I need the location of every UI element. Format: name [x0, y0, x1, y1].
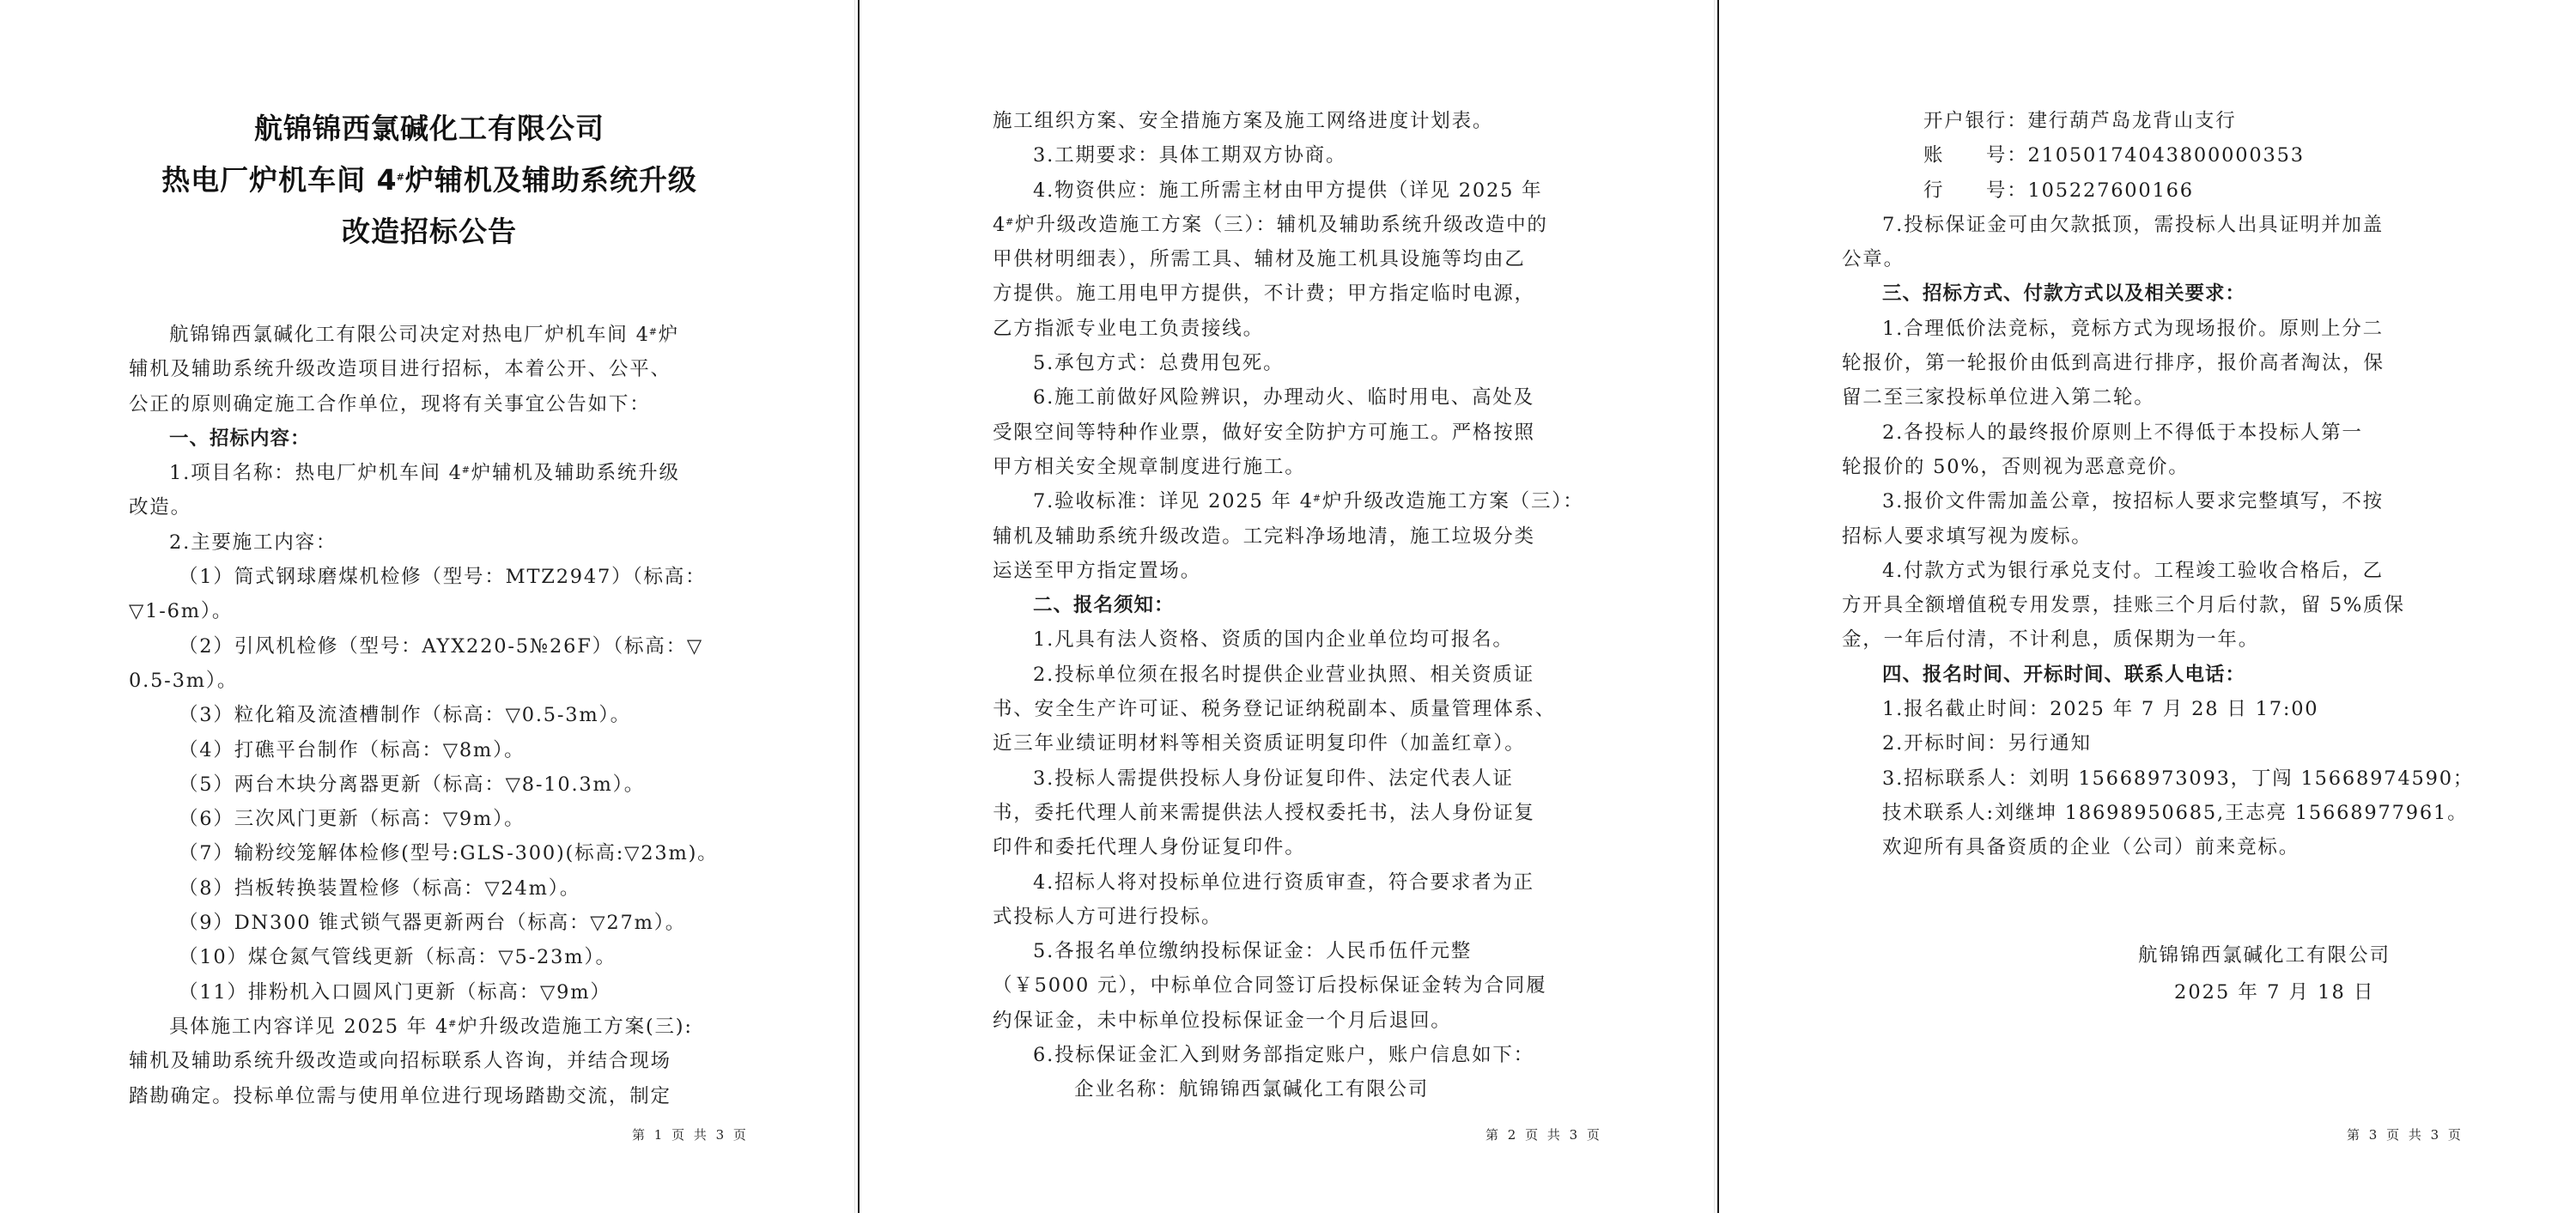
text-line: 辅机及辅助系统升级改造或向招标联系人咨询，并结合现场: [129, 1044, 730, 1078]
text-line: 航锦锦西氯碱化工有限公司决定对热电厂炉机车间 4#炉: [129, 318, 730, 352]
signature-company: 航锦锦西氯碱化工有限公司: [2138, 940, 2391, 967]
text-line: 轮报价，第一轮报价由低到高进行排序，报价高者淘汰，保: [1842, 346, 2460, 380]
text-line: （9）DN300 锥式锁气器更新两台（标高：▽27m）。: [129, 906, 730, 940]
page-1: 航锦锦西氯碱化工有限公司 热电厂炉机车间 4#炉辅机及辅助系统升级 改造招标公告…: [0, 0, 858, 1213]
text-line: 甲方相关安全规章制度进行施工。: [993, 450, 1615, 484]
text-line: 3.报价文件需加盖公章，按招标人要求完整填写，不按: [1842, 484, 2460, 519]
text-line: （4）打礁平台制作（标高：▽8m）。: [129, 733, 730, 767]
text-line: （5）两台木块分离器更新（标高：▽8-10.3m）。: [129, 767, 730, 802]
text-line: 5.各报名单位缴纳投标保证金：人民币伍仟元整: [993, 934, 1615, 968]
text-line: 3.招标联系人：刘明 15668973093，丁闯 15668974590；: [1842, 761, 2460, 796]
text-line: 5.承包方式：总费用包死。: [993, 346, 1615, 380]
text-line: 企业名称：航锦锦西氯碱化工有限公司: [993, 1072, 1615, 1107]
text-line: 辅机及辅助系统升级改造。工完料净场地清，施工垃圾分类: [993, 519, 1615, 554]
text-line: （8）挡板转换装置检修（标高：▽24m）。: [129, 871, 730, 906]
text-line: 踏勘确定。投标单位需与使用单位进行现场踏勘交流，制定: [129, 1079, 730, 1113]
text-line: 4#炉升级改造施工方案（三）：辅机及辅助系统升级改造中的: [993, 208, 1615, 242]
page-1-content: 航锦锦西氯碱化工有限公司 热电厂炉机车间 4#炉辅机及辅助系统升级 改造招标公告…: [129, 103, 730, 1113]
text-line: （11）排粉机入口圆风门更新（标高：▽9m）: [129, 975, 730, 1010]
section-heading: 二、报名须知：: [993, 588, 1615, 622]
text-line: 受限空间等特种作业票，做好安全防护方可施工。严格按照: [993, 415, 1615, 450]
title-company: 航锦锦西氯碱化工有限公司: [129, 103, 730, 155]
text-line: （7）输粉绞笼解体检修(型号:GLS-300)(标高:▽23m)。: [129, 836, 730, 870]
page-3-content: 开户银行：建行葫芦岛龙背山支行账 号：21050174043800000353行…: [1842, 104, 2460, 865]
text-line: （3）粒化箱及流渣槽制作（标高：▽0.5-3m）。: [129, 698, 730, 732]
text-line: （￥5000 元），中标单位合同签订后投标保证金转为合同履: [993, 968, 1615, 1003]
text-line: 技术联系人:刘继坤 18698950685,王志亮 15668977961。: [1842, 796, 2460, 830]
text-line: 甲供材明细表），所需工具、辅材及施工机具设施等均由乙: [993, 242, 1615, 276]
text-line: 金，一年后付清，不计利息，质保期为一年。: [1842, 622, 2460, 657]
text-line: 辅机及辅助系统升级改造项目进行招标，本着公开、公平、: [129, 352, 730, 386]
text-line: 留二至三家投标单位进入第二轮。: [1842, 380, 2460, 415]
section-heading: 四、报名时间、开标时间、联系人电话：: [1842, 658, 2460, 692]
page-number-footer: 第 3 页 共 3 页: [2347, 1125, 2464, 1143]
section-heading: 三、招标方式、付款方式以及相关要求：: [1842, 276, 2460, 311]
page-3: 开户银行：建行葫芦岛龙背山支行账 号：21050174043800000353行…: [1719, 0, 2576, 1213]
text-line: 7.投标保证金可由欠款抵顶，需投标人出具证明并加盖: [1842, 208, 2460, 242]
document-title: 航锦锦西氯碱化工有限公司 热电厂炉机车间 4#炉辅机及辅助系统升级 改造招标公告: [129, 103, 730, 258]
page-1-body: 航锦锦西氯碱化工有限公司决定对热电厂炉机车间 4#炉辅机及辅助系统升级改造项目进…: [129, 318, 730, 1113]
signature-date: 2025 年 7 月 18 日: [2174, 977, 2374, 1004]
text-line: 施工组织方案、安全措施方案及施工网络进度计划表。: [993, 104, 1615, 138]
text-line: 1.凡具有法人资格、资质的国内企业单位均可报名。: [993, 622, 1615, 657]
text-line: 轮报价的 50%，否则视为恶意竞价。: [1842, 450, 2460, 484]
page-2: 施工组织方案、安全措施方案及施工网络进度计划表。3.工期要求：具体工期双方协商。…: [860, 0, 1717, 1213]
text-line: 6.施工前做好风险辨识，办理动火、临时用电、高处及: [993, 380, 1615, 415]
section-heading: 一、招标内容：: [129, 422, 730, 456]
text-line: 招标人要求填写视为废标。: [1842, 519, 2460, 554]
text-line: 3.工期要求：具体工期双方协商。: [993, 138, 1615, 173]
text-line: 4.物资供应：施工所需主材由甲方提供（详见 2025 年: [993, 173, 1615, 208]
text-line: 式投标人方可进行投标。: [993, 900, 1615, 934]
text-line: 书，委托代理人前来需提供法人授权委托书，法人身份证复: [993, 796, 1615, 830]
text-line: 方开具全额增值税专用发票，挂账三个月后付款，留 5%质保: [1842, 588, 2460, 622]
text-line: 行 号：105227600166: [1842, 173, 2460, 208]
text-line: 7.验收标准：详见 2025 年 4#炉升级改造施工方案（三）：: [993, 484, 1615, 519]
text-line: 1.项目名称：热电厂炉机车间 4#炉辅机及辅助系统升级: [129, 456, 730, 490]
page-number-footer: 第 1 页 共 3 页: [632, 1125, 749, 1143]
text-line: 书、安全生产许可证、税务登记证纳税副本、质量管理体系、: [993, 692, 1615, 726]
text-line: 约保证金，未中标单位投标保证金一个月后退回。: [993, 1004, 1615, 1038]
title-project-part2: 炉辅机及辅助系统升级: [405, 163, 697, 197]
text-line: 乙方指派专业电工负责接线。: [993, 312, 1615, 346]
text-line: 2.开标时间：另行通知: [1842, 726, 2460, 761]
text-line: 4.付款方式为银行承兑支付。工程竣工验收合格后，乙: [1842, 554, 2460, 588]
text-line: 开户银行：建行葫芦岛龙背山支行: [1842, 104, 2460, 138]
page-3-body: 开户银行：建行葫芦岛龙背山支行账 号：21050174043800000353行…: [1842, 104, 2460, 865]
text-line: 2.投标单位须在报名时提供企业营业执照、相关资质证: [993, 658, 1615, 692]
title-project: 热电厂炉机车间 4#炉辅机及辅助系统升级: [129, 155, 730, 206]
text-line: （6）三次风门更新（标高：▽9m）。: [129, 802, 730, 836]
text-line: 6.投标保证金汇入到财务部指定账户，账户信息如下：: [993, 1038, 1615, 1072]
text-line: 2.主要施工内容：: [129, 525, 730, 560]
page-2-content: 施工组织方案、安全措施方案及施工网络进度计划表。3.工期要求：具体工期双方协商。…: [993, 104, 1615, 1107]
page-number-footer: 第 2 页 共 3 页: [1485, 1125, 1602, 1143]
text-line: 3.投标人需提供投标人身份证复印件、法定代表人证: [993, 761, 1615, 796]
text-line: 4.招标人将对投标单位进行资质审查，符合要求者为正: [993, 865, 1615, 900]
text-line: 近三年业绩证明材料等相关资质证明复印件（加盖红章）。: [993, 726, 1615, 761]
text-line: ▽1-6m）。: [129, 594, 730, 628]
text-line: 账 号：21050174043800000353: [1842, 138, 2460, 173]
text-line: 公章。: [1842, 242, 2460, 276]
text-line: 具体施工内容详见 2025 年 4#炉升级改造施工方案(三):: [129, 1010, 730, 1044]
text-line: 印件和委托代理人身份证复印件。: [993, 830, 1615, 864]
text-line: 方提供。施工用电甲方提供，不计费；甲方指定临时电源，: [993, 276, 1615, 311]
text-line: 2.各投标人的最终报价原则上不得低于本投标人第一: [1842, 415, 2460, 450]
text-line: 改造。: [129, 490, 730, 525]
text-line: 1.合理低价法竞标，竞标方式为现场报价。原则上分二: [1842, 312, 2460, 346]
text-line: 欢迎所有具备资质的企业（公司）前来竞标。: [1842, 830, 2460, 864]
text-line: 运送至甲方指定置场。: [993, 554, 1615, 588]
text-line: （2）引风机检修（型号：AYX220-5№26F）（标高：▽: [129, 629, 730, 664]
title-notice: 改造招标公告: [129, 206, 730, 258]
text-line: （10）煤仓氮气管线更新（标高：▽5-23m）。: [129, 940, 730, 974]
title-project-sup: #: [397, 172, 405, 183]
text-line: （1）筒式钢球磨煤机检修（型号：MTZ2947）（标高：: [129, 560, 730, 594]
page-2-body: 施工组织方案、安全措施方案及施工网络进度计划表。3.工期要求：具体工期双方协商。…: [993, 104, 1615, 1107]
text-line: 公正的原则确定施工合作单位，现将有关事宜公告如下：: [129, 387, 730, 422]
text-line: 0.5-3m）。: [129, 664, 730, 698]
text-line: 1.报名截止时间：2025 年 7 月 28 日 17:00: [1842, 692, 2460, 726]
title-project-part1: 热电厂炉机车间 4: [161, 163, 397, 197]
